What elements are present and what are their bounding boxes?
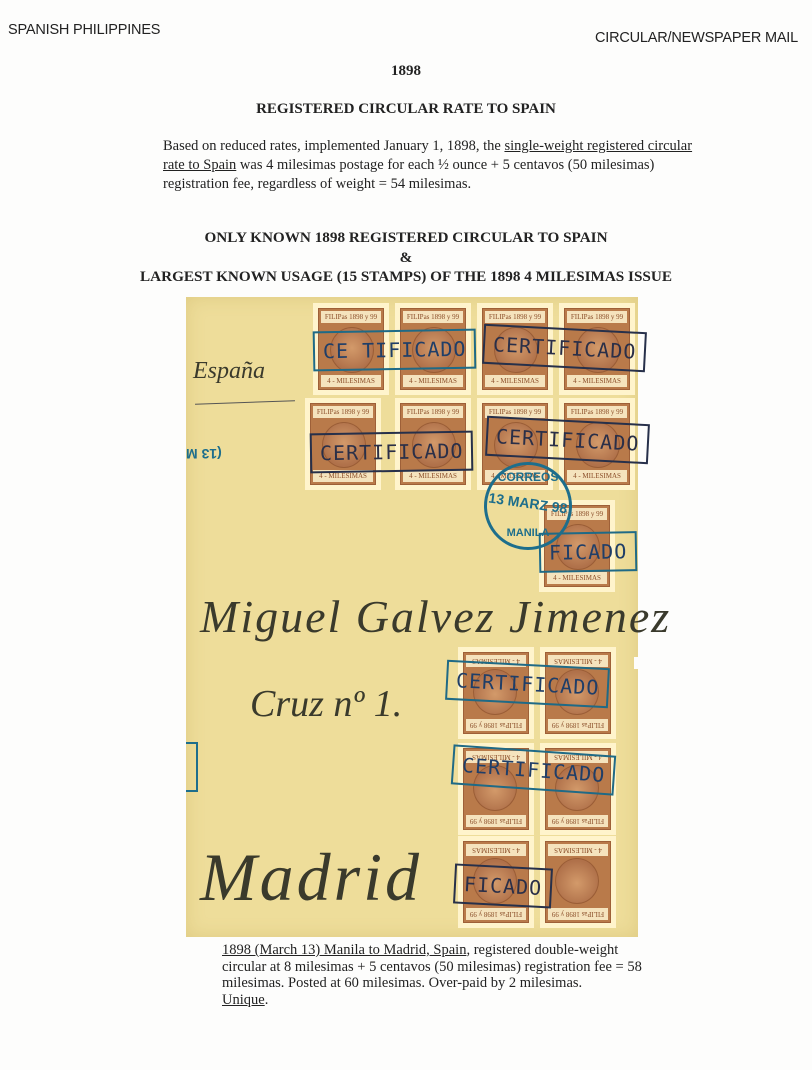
postmark-bottom-text: MANILA [487,527,569,539]
certificado-handstamp: FICADO [453,863,553,908]
certificado-handstamp: CERTIFICADO [485,416,650,464]
handwritten-city: Madrid [200,838,422,917]
headline-ampersand: & [0,248,812,268]
stamp-top-text: FILIPas 1898 y 99 [466,908,526,920]
cover-caption: 1898 (March 13) Manila to Madrid, Spain,… [222,942,642,1008]
caption-underlined: 1898 (March 13) Manila to Madrid, Spain [222,942,466,958]
handwritten-addressee: Miguel Galvez Jimenez [200,590,671,643]
intro-text-2: was 4 milesimas postage for each ½ ounce… [163,157,654,192]
certificado-handstamp: CERTIFICADO [482,324,647,372]
stamp-value-text: 4 - MILESIMAS [466,844,526,856]
stamp-top-text: FILIPas 1898 y 99 [466,719,526,731]
stamp-top-text: FILIPas 1898 y 99 [321,311,381,323]
stamp-top-text: FILIPas 1898 y 99 [403,311,463,323]
headline-line-1: ONLY KNOWN 1898 REGISTERED CIRCULAR TO S… [0,228,812,248]
stamp-top-text: FILIPas 1898 y 99 [313,406,373,418]
page-subtitle: REGISTERED CIRCULAR RATE TO SPAIN [0,101,812,118]
exhibit-headline: ONLY KNOWN 1898 REGISTERED CIRCULAR TO S… [0,228,812,287]
caption-unique: Unique [222,992,265,1008]
stamp-top-text: FILIPas 1898 y 99 [403,406,463,418]
postmark-date: 13 MARZ 98 [486,489,569,516]
stamp-value-text: 4 - MILESIMAS [547,572,607,584]
stamp-top-text: FILIPas 1898 y 99 [567,311,627,323]
stamp-top-text: FILIPas 1898 y 99 [466,815,526,827]
stamp-portrait [555,858,599,904]
stamp-value-text: 4 - MILESIMAS [567,375,627,387]
stamp-top-text: FILIPas 1898 y 99 [548,908,608,920]
postmark-top-text: CORREOS [487,470,569,484]
stamp-top-text: FILIPas 1898 y 99 [548,719,608,731]
stamp-value-text: 4 - MILESIMAS [567,470,627,482]
intro-text-1: Based on reduced rates, implemented Janu… [163,138,504,154]
certificado-handstamp: CERTIFICADO [310,431,474,474]
stamp-value-text: 4 - MILESIMAS [485,375,545,387]
page-header-right: CIRCULAR/NEWSPAPER MAIL [595,30,798,46]
stamp-value-text: 4 - MILESIMAS [403,470,463,482]
page-header-left: SPANISH PHILIPPINES [8,22,160,38]
cover-tear [634,657,640,669]
page-year: 1898 [0,63,812,80]
stamp-value-text: 4 - MILESIMAS [403,375,463,387]
stamp-value-text: 4 - MILESIMAS [548,844,608,856]
caption-period: . [265,992,269,1008]
handwritten-street: Cruz nº 1. [250,682,402,726]
stamp-top-text: FILIPas 1898 y 99 [485,311,545,323]
partial-handstamp-box [186,742,198,792]
stamp-value-text: 4 - MILESIMAS [321,375,381,387]
headline-line-2: LARGEST KNOWN USAGE (15 STAMPS) OF THE 1… [0,267,812,287]
stamp-top-text: FILIPas 1898 y 99 [548,815,608,827]
intro-paragraph: Based on reduced rates, implemented Janu… [163,137,703,194]
manila-postmark: CORREOS 13 MARZ 98 MANILA [484,462,572,550]
stamp-top-text: FILIPas 1898 y 99 [567,406,627,418]
partial-postmark: (13 M [186,446,222,462]
certificado-handstamp: CE TIFICADO [313,329,477,372]
handwritten-destination-note: España [193,358,265,385]
certificado-handstamp: CERTIFICADO [445,660,610,708]
